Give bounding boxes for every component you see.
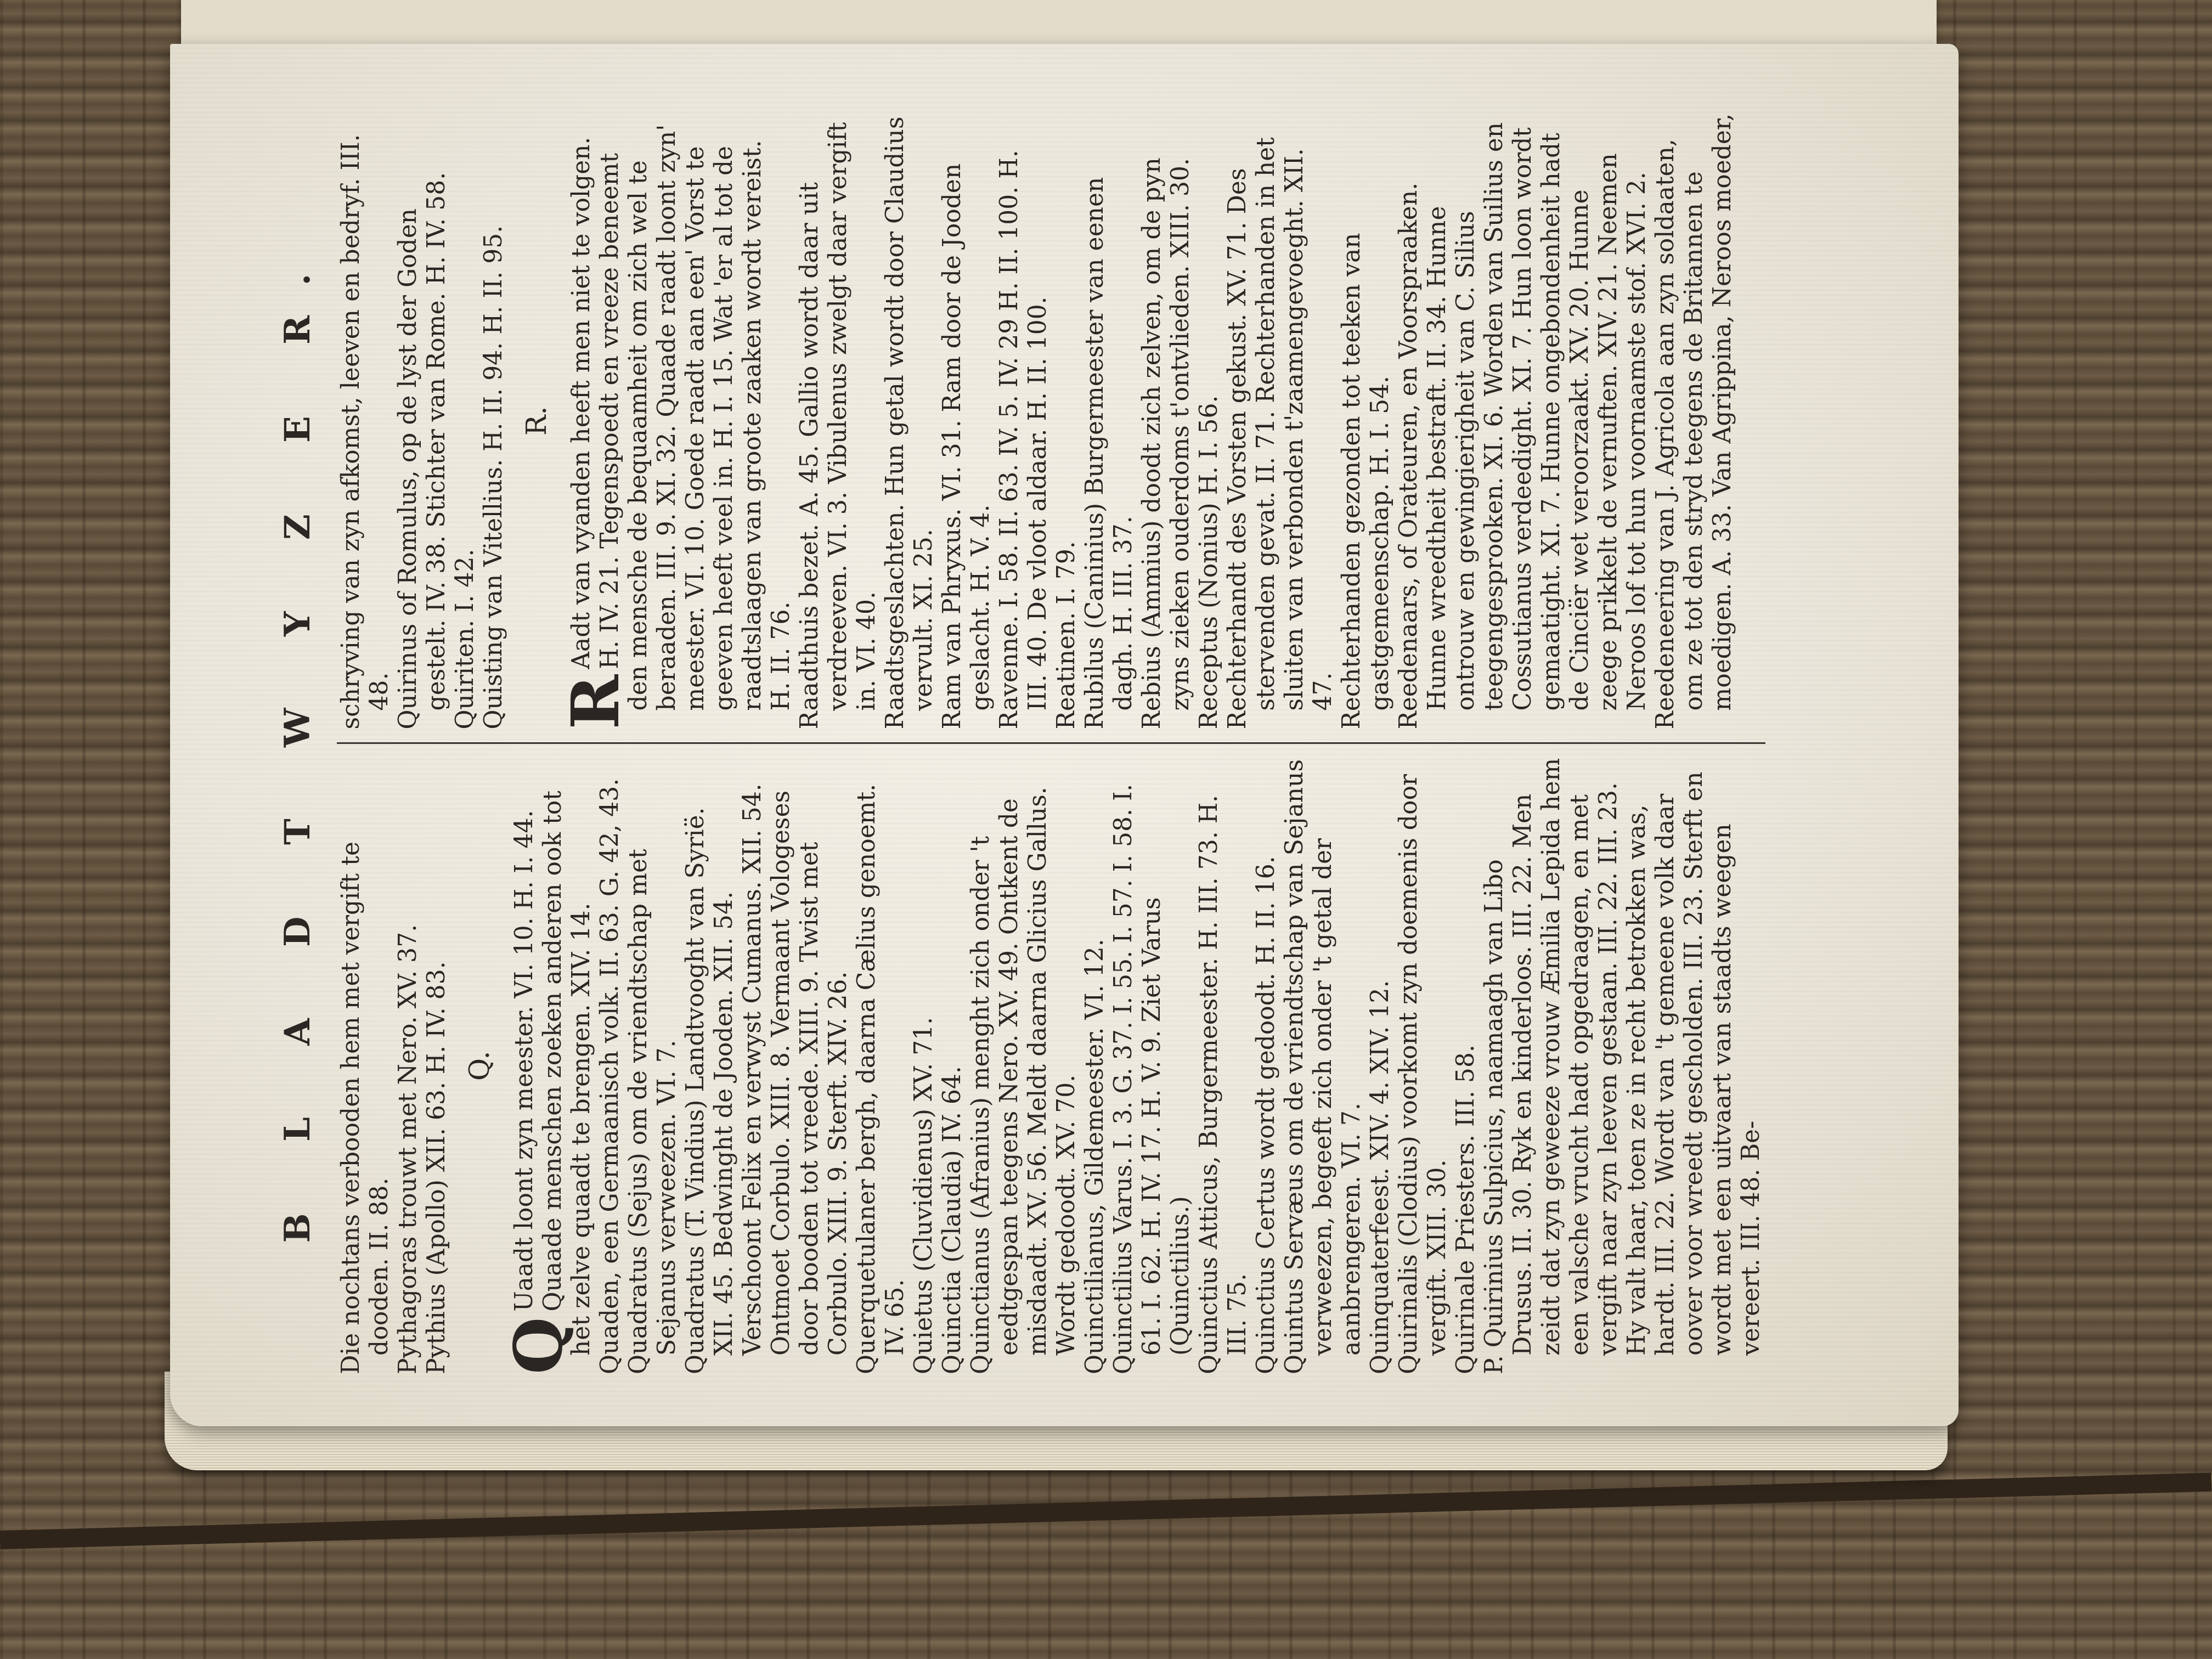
index-entry: Quisting van Vitellius. H. II. 94. H. II… (479, 112, 508, 730)
right-column: schryving van zyn afkomst, leeven en bed… (337, 112, 1765, 744)
index-entry: Reedenaars, of Orateuren, en Voorspraake… (1395, 112, 1651, 730)
index-entry: Quirinus of Romulus, op de lyst der Gode… (394, 112, 451, 730)
running-head: B L A D T W Y Z E R. (277, 112, 318, 1374)
drop-cap-r: R (568, 675, 623, 730)
index-entry: Quintus Servæus om de vriendtschap van S… (1280, 758, 1366, 1375)
index-entry: Uaadt loont zyn meester. VI. 10. H. I. 4… (510, 758, 596, 1375)
index-entry: Quiriten. I. 42. (451, 112, 479, 730)
index-entry: Reedeneering van J. Agricola aan zyn sol… (1651, 112, 1737, 730)
index-entry: Quinctianus (Afranius) menght zich onder… (967, 758, 1081, 1375)
index-entry: Quaden, een Germaanisch volk. II. 63. G.… (596, 758, 624, 1375)
two-column-index: Die nochtans verbooden hem met vergift t… (337, 112, 1765, 1374)
index-entry: P. Quirinius Sulpicius, naamaagh van Lib… (1480, 758, 1765, 1375)
index-entry: Quinctius Atticus, Burgermeester. H. III… (1195, 758, 1252, 1375)
section-letter-q: Q. (465, 758, 494, 1375)
index-entry: Rebius (Ammius) doodt zich zelven, om de… (1138, 112, 1195, 730)
index-entry: Reatinen. I. 79. (1052, 112, 1081, 730)
index-entry: Querquetulaner bergh, daarna Cælius geno… (853, 758, 910, 1375)
index-entry: Rechterhanden gezonden tot teeken van ga… (1338, 112, 1395, 730)
index-entry: Receptus (Nonius) H. I. 56. (1195, 112, 1223, 730)
drop-cap-q: Q (511, 1317, 566, 1374)
index-entry: Rechterhandt des Vorsten gekust. XV. 71.… (1223, 112, 1338, 730)
index-entry: Quinctilius Varus. I. 3. G. 37. I. 55. I… (1109, 758, 1195, 1375)
index-entry: Quietus (Cluvidienus) XV. 71. (910, 758, 938, 1375)
index-entry: Quadratus (T. Vindius) Landtvooght van S… (681, 758, 853, 1375)
index-entry: Die nochtans verbooden hem met vergift t… (337, 758, 394, 1375)
index-entry: Ravenne. I. 58. II. 63. IV. 5. IV. 29 H.… (995, 112, 1052, 730)
left-column: Die nochtans verbooden hem met vergift t… (337, 744, 1765, 1375)
index-entry: Aadt van vyanden heeft men niet te volge… (567, 112, 795, 730)
index-entry: Raadthuis bezet. A. 45. Gallio wordt daa… (795, 112, 881, 730)
index-entry: Quinctilianus, Gildemeester. VI. 12. (1081, 758, 1109, 1375)
page-content-rotated: B L A D T W Y Z E R. Die nochtans verboo… (261, 112, 1852, 1374)
index-entry: Ram van Phryxus. VI. 31. Ram door de Joo… (938, 112, 995, 730)
book-page: B L A D T W Y Z E R. Die nochtans verboo… (170, 44, 1959, 1426)
index-entry: Quirinalis (Clodius) voorkomt zyn doemen… (1395, 758, 1452, 1375)
index-entry: Pythius (Apollo) XII. 63. H. IV. 83. (422, 758, 451, 1375)
index-entry: Quinquaterfeest. XIV. 4. XIV. 12. (1366, 758, 1395, 1375)
section-letter-r: R. (522, 112, 551, 730)
index-entry: Raadtsgeslachten. Hun getal wordt door C… (881, 112, 938, 730)
index-entry: Pythagoras trouwt met Nero. XV. 37. (394, 758, 422, 1375)
index-entry: Rubilus (Caninius) Burgermeester van een… (1081, 112, 1138, 730)
index-entry: Quinctia (Claudia) IV. 64. (938, 758, 967, 1375)
index-entry: schryving van zyn afkomst, leeven en bed… (337, 112, 394, 730)
index-entry: Quirinale Priesters. III. 58. (1452, 758, 1480, 1375)
index-entry: Quinctius Certus wordt gedoodt. H. II. 1… (1252, 758, 1280, 1375)
underlying-page-edge (181, 0, 1937, 49)
index-entry: Quadratus (Sejus) om de vriendtschap met… (624, 758, 681, 1375)
